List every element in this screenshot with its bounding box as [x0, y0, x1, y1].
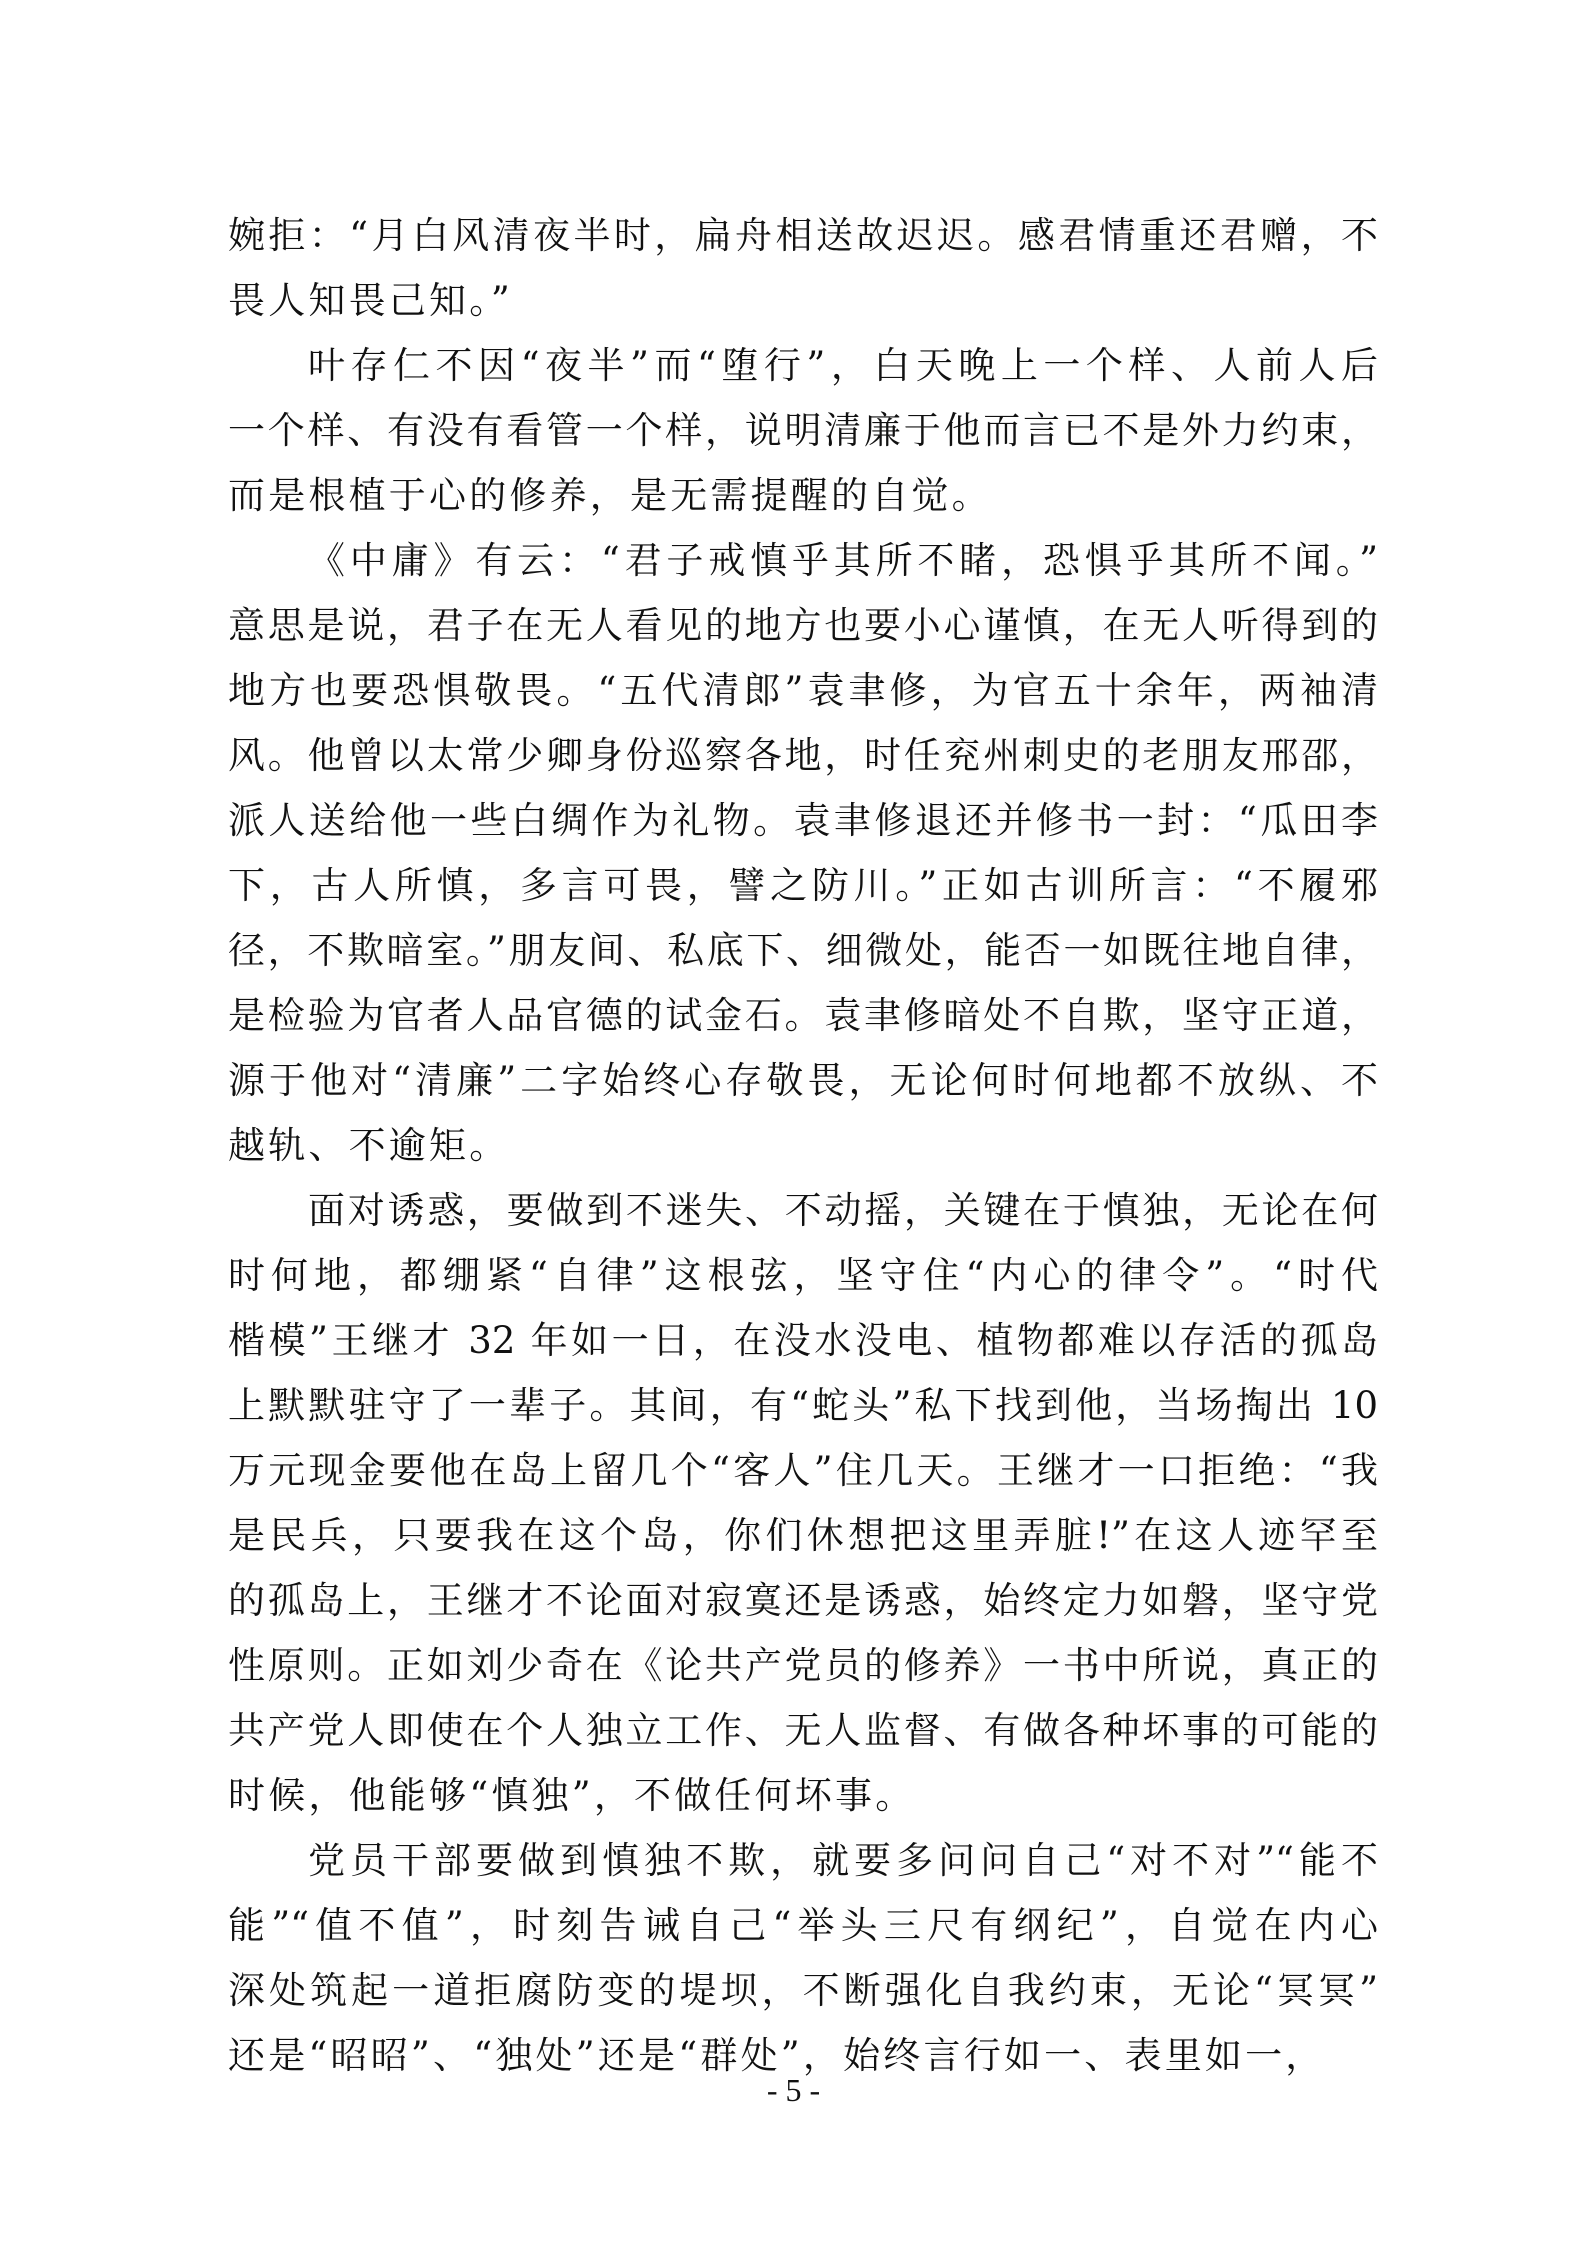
text-line: 上默默驻守了一辈子。其间，有“蛇头”私下找到他，当场掏出 10	[228, 1373, 1378, 1438]
text-line: 叶存仁不因“夜半”而“堕行”，白天晚上一个样、人前人后	[228, 333, 1378, 398]
text-line: 地方也要恐惧敬畏。“五代清郎”袁聿修，为官五十余年，两袖清	[228, 658, 1378, 723]
document-page: 婉拒：“月白风清夜半时，扁舟相送故迟迟。感君情重还君赠，不畏人知畏己知。”叶存仁…	[0, 0, 1587, 2245]
text-line: 党员干部要做到慎独不欺，就要多问问自己“对不对”“能不	[228, 1828, 1378, 1893]
text-line: 而是根植于心的修养，是无需提醒的自觉。	[228, 463, 1378, 528]
text-line: 畏人知畏己知。”	[228, 268, 1378, 333]
text-line: 下，古人所慎，多言可畏，譬之防川。”正如古训所言：“不履邪	[228, 853, 1378, 918]
text-line: 深处筑起一道拒腐防变的堤坝，不断强化自我约束，无论“冥冥”	[228, 1958, 1378, 2023]
paragraph: 党员干部要做到慎独不欺，就要多问问自己“对不对”“能不能”“值不值”，时刻告诫自…	[228, 1828, 1378, 2088]
page-number: - 5 -	[0, 2072, 1587, 2109]
text-line: 《中庸》有云：“君子戒慎乎其所不睹，恐惧乎其所不闻。”	[228, 528, 1378, 593]
text-line: 是检验为官者人品官德的试金石。袁聿修暗处不自欺，坚守正道，	[228, 983, 1378, 1048]
text-line: 面对诱惑，要做到不迷失、不动摇，关键在于慎独，无论在何	[228, 1178, 1378, 1243]
text-line: 径，不欺暗室。”朋友间、私底下、细微处，能否一如既往地自律，	[228, 918, 1378, 983]
text-line: 的孤岛上，王继才不论面对寂寞还是诱惑，始终定力如磐，坚守党	[228, 1568, 1378, 1633]
text-line: 婉拒：“月白风清夜半时，扁舟相送故迟迟。感君情重还君赠，不	[228, 203, 1378, 268]
text-line: 能”“值不值”，时刻告诫自己“举头三尺有纲纪”，自觉在内心	[228, 1893, 1378, 1958]
paragraph: 婉拒：“月白风清夜半时，扁舟相送故迟迟。感君情重还君赠，不畏人知畏己知。”	[228, 203, 1378, 333]
text-line: 意思是说，君子在无人看见的地方也要小心谨慎，在无人听得到的	[228, 593, 1378, 658]
paragraph: 面对诱惑，要做到不迷失、不动摇，关键在于慎独，无论在何时何地，都绷紧“自律”这根…	[228, 1178, 1378, 1828]
paragraph: 《中庸》有云：“君子戒慎乎其所不睹，恐惧乎其所不闻。”意思是说，君子在无人看见的…	[228, 528, 1378, 1178]
text-line: 源于他对“清廉”二字始终心存敬畏，无论何时何地都不放纵、不	[228, 1048, 1378, 1113]
text-line: 万元现金要他在岛上留几个“客人”住几天。王继才一口拒绝：“我	[228, 1438, 1378, 1503]
text-line: 派人送给他一些白绸作为礼物。袁聿修退还并修书一封：“瓜田李	[228, 788, 1378, 853]
text-line: 风。他曾以太常少卿身份巡察各地，时任兖州刺史的老朋友邢邵，	[228, 723, 1378, 788]
paragraph: 叶存仁不因“夜半”而“堕行”，白天晚上一个样、人前人后一个样、有没有看管一个样，…	[228, 333, 1378, 528]
text-line: 共产党人即使在个人独立工作、无人监督、有做各种坏事的可能的	[228, 1698, 1378, 1763]
text-line: 楷模”王继才 32 年如一日，在没水没电、植物都难以存活的孤岛	[228, 1308, 1378, 1373]
text-line: 是民兵，只要我在这个岛，你们休想把这里弄脏!”在这人迹罕至	[228, 1503, 1378, 1568]
text-line: 性原则。正如刘少奇在《论共产党员的修养》一书中所说，真正的	[228, 1633, 1378, 1698]
text-line: 越轨、不逾矩。	[228, 1113, 1378, 1178]
body-text: 婉拒：“月白风清夜半时，扁舟相送故迟迟。感君情重还君赠，不畏人知畏己知。”叶存仁…	[228, 203, 1378, 2088]
text-line: 时候，他能够“慎独”，不做任何坏事。	[228, 1763, 1378, 1828]
text-line: 一个样、有没有看管一个样，说明清廉于他而言已不是外力约束，	[228, 398, 1378, 463]
text-line: 时何地，都绷紧“自律”这根弦，坚守住“内心的律令”。“时代	[228, 1243, 1378, 1308]
